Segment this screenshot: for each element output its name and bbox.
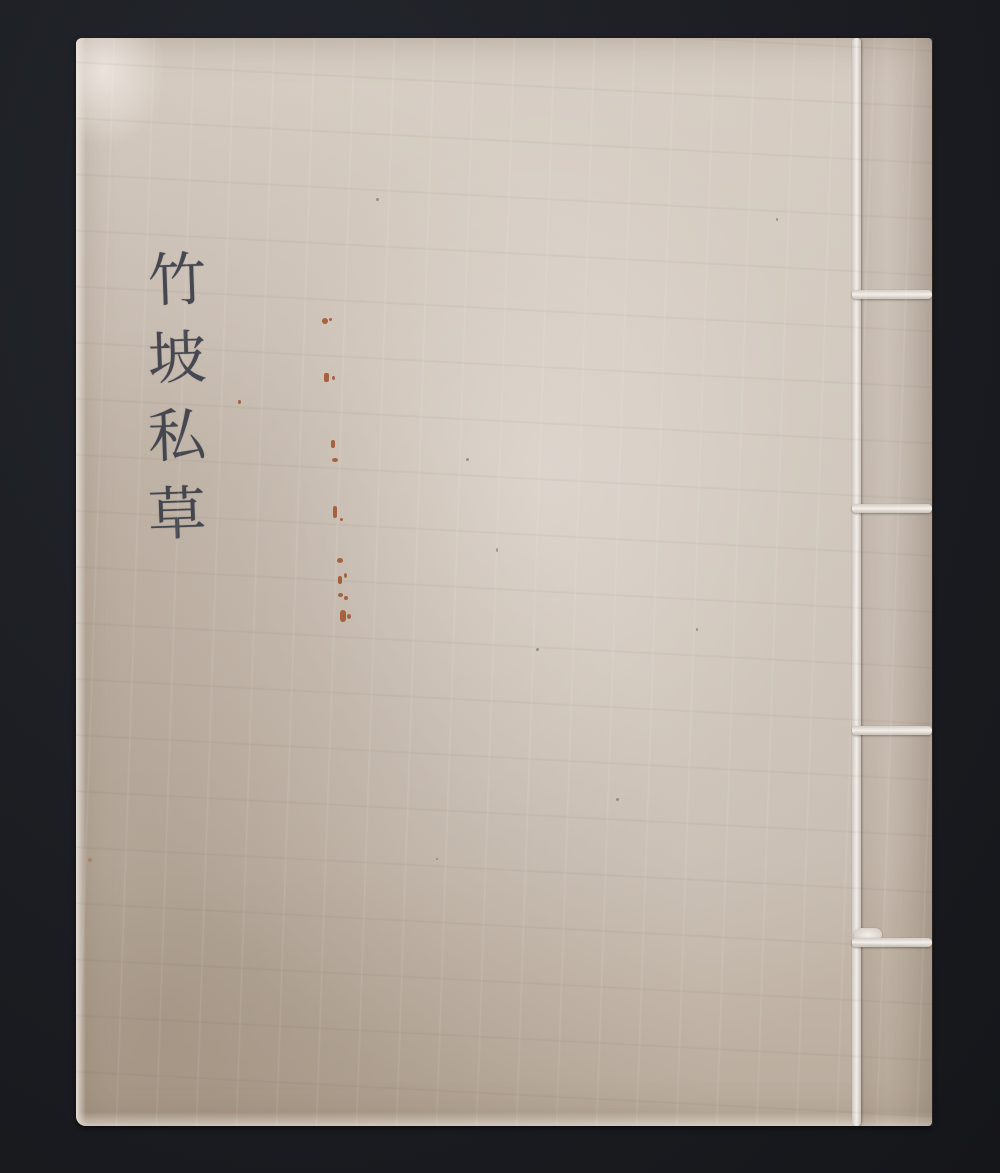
binding-margin [856,38,933,1126]
speck [466,458,469,461]
binding-thread-stitch-2 [852,504,932,513]
stain [344,596,348,600]
stain [347,614,351,619]
speck [436,858,438,860]
book-cover: 竹 坡 私 草 [76,38,932,1126]
speck [496,548,498,552]
speck [536,648,539,651]
stain [337,558,343,563]
book-left-edge [76,38,86,1126]
stain [344,573,347,578]
binding-thread-stitch-1 [852,290,932,299]
title-char-4: 草 [147,479,207,549]
title-char-2: 坡 [147,323,207,393]
stain [340,518,343,521]
speck [616,798,619,801]
speck [776,218,778,221]
stain [324,373,329,382]
stain [332,376,335,380]
title-char-3: 私 [147,401,207,471]
stain [329,318,332,321]
stain [331,440,335,448]
stain [238,400,241,404]
speck [376,198,379,201]
binding-thread-vertical [852,38,861,1126]
speck [696,628,698,631]
binding-thread-stitch-4 [852,938,932,947]
stain [338,593,343,597]
handwritten-title: 竹 坡 私 草 [134,246,220,548]
stain [340,610,346,622]
stain [333,506,337,518]
title-char-1: 竹 [147,245,207,315]
stain [338,576,342,584]
stain [322,318,328,324]
speck [88,858,92,862]
book-bottom-edge [76,1112,932,1126]
stain [332,458,338,462]
binding-thread-stitch-3 [852,726,932,735]
